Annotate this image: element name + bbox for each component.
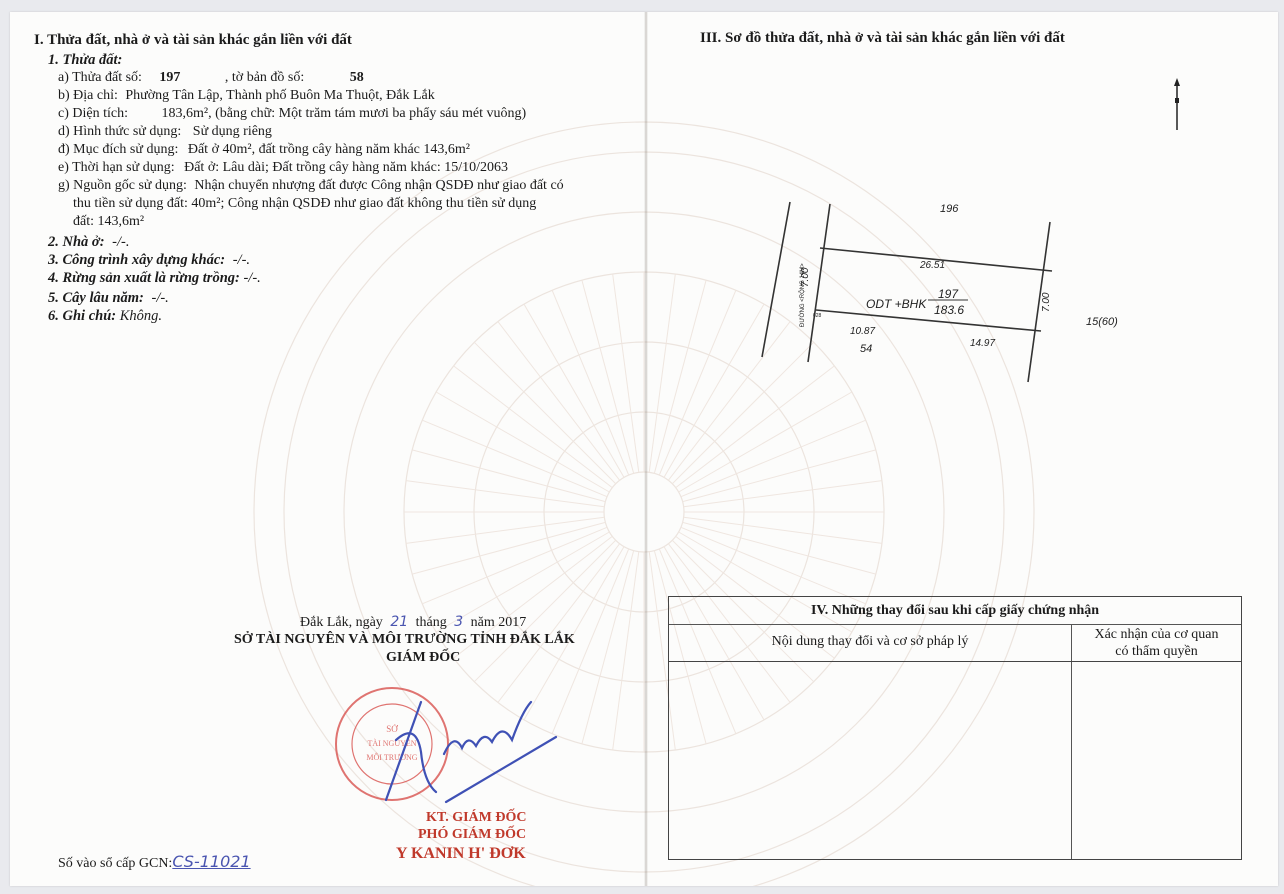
signature-ink — [386, 702, 556, 802]
item-value: -/-. — [152, 290, 169, 306]
purpose-row: đ) Mục đích sử dụng: Đất ở 40m², đất trồ… — [58, 142, 470, 158]
changes-table-header: Nội dung thay đổi và cơ sở pháp lý Xác n… — [669, 625, 1241, 662]
svg-text:15(60): 15(60) — [1086, 316, 1118, 328]
svg-text:TÀI NGUYÊN: TÀI NGUYÊN — [367, 738, 416, 748]
origin-line-1: Nhận chuyển nhượng đất được Công nhận QS… — [194, 178, 563, 193]
origin-row: g) Nguồn gốc sử dụng: Nhận chuyển nhượng… — [58, 178, 564, 194]
svg-text:ĐƯỜNG <RỘNG 14M>: ĐƯỜNG <RỘNG 14M> — [799, 263, 806, 327]
svg-text:028: 028 — [813, 313, 822, 319]
item-label: 6. Ghi chú: — [48, 308, 116, 324]
address-label: b) Địa chỉ: — [58, 88, 118, 103]
issue-date: Đắk Lắk, ngày 21 tháng 3 năm 2017 — [300, 614, 526, 631]
col2-line-1: Xác nhận của cơ quan — [1072, 626, 1241, 643]
land-heading: 1. Thửa đất: — [48, 52, 122, 69]
item-label: 5. Cây lâu năm: — [48, 290, 144, 306]
address-row: b) Địa chỉ: Phường Tân Lập, Thành phố Bu… — [58, 88, 435, 104]
date-month: 3 — [454, 614, 463, 630]
change-content-cell — [669, 662, 1072, 859]
registry-value: CS-11021 — [172, 852, 250, 871]
section-1-title: I. Thửa đất, nhà ở và tài sản khác gắn l… — [34, 32, 352, 49]
item-label: 4. Rừng sản xuất là rừng trồng: — [48, 270, 240, 286]
origin-line-3: đất: 143,6m² — [73, 214, 144, 230]
road-edge-right — [808, 204, 830, 362]
col-authority-confirmation: Xác nhận của cơ quan có thẩm quyền — [1072, 625, 1241, 661]
north-arrow-icon — [1170, 78, 1184, 134]
area-value: 183,6m², (bằng chữ: Một trăm tám mươi ba… — [162, 106, 527, 121]
svg-text:10.87: 10.87 — [850, 326, 875, 337]
col-change-content: Nội dung thay đổi và cơ sở pháp lý — [669, 625, 1072, 661]
item-value: -/-. — [243, 270, 260, 286]
parcel-diagram: 196 15(60) 54 26.51 ODT +BHK 197 183.6 1… — [750, 182, 1130, 412]
origin-line-2: thu tiền sử dụng đất: 40m²; Công nhận QS… — [73, 196, 536, 212]
parcel-no: 197 — [159, 70, 221, 86]
page-fold — [644, 12, 648, 886]
item-house: 2. Nhà ở: -/-. — [48, 234, 129, 251]
use-form-value: Sử dụng riêng — [193, 124, 272, 139]
svg-text:SỞ: SỞ — [386, 724, 398, 734]
col2-line-2: có thẩm quyền — [1072, 643, 1241, 660]
item-value: -/-. — [112, 234, 129, 250]
purpose-label: đ) Mục đích sử dụng: — [58, 142, 178, 157]
item-label: 2. Nhà ở: — [48, 234, 105, 250]
address-value: Phường Tân Lập, Thành phố Buôn Ma Thuột,… — [125, 88, 434, 103]
item-value: Không. — [120, 308, 162, 324]
registry-label: Số vào sổ cấp GCN: — [58, 856, 172, 871]
official-stamp-and-signature: SỞ TÀI NGUYÊN MÔI TRƯỜNG — [326, 682, 586, 812]
svg-text:14.97: 14.97 — [970, 338, 995, 349]
map-sheet-no: 58 — [350, 70, 364, 85]
use-form-label: d) Hình thức sử dụng: — [58, 124, 181, 139]
term-label: e) Thời hạn sử dụng: — [58, 160, 175, 175]
svg-text:54: 54 — [860, 343, 872, 355]
item-notes: 6. Ghi chú: Không. — [48, 308, 162, 325]
director-title: GIÁM ĐỐC — [386, 650, 460, 666]
deputy-title: PHÓ GIÁM ĐỐC — [418, 827, 526, 843]
origin-label: g) Nguồn gốc sử dụng: — [58, 178, 187, 193]
area-label: c) Diện tích: — [58, 106, 158, 122]
issuing-agency: SỞ TÀI NGUYÊN VÀ MÔI TRƯỜNG TỈNH ĐẮK LẮK — [234, 632, 575, 648]
svg-text:ODT +BHK: ODT +BHK — [866, 297, 927, 311]
item-other-construction: 3. Công trình xây dựng khác: -/-. — [48, 252, 250, 269]
area-row: c) Diện tích: 183,6m², (bằng chữ: Một tr… — [58, 106, 526, 122]
purpose-value: Đất ở 40m², đất trồng cây hàng năm khác … — [188, 142, 470, 157]
date-prefix: Đắk Lắk, ngày — [300, 615, 383, 630]
use-form-row: d) Hình thức sử dụng: Sử dụng riêng — [58, 124, 272, 140]
item-label: 3. Công trình xây dựng khác: — [48, 252, 225, 268]
date-year: năm 2017 — [471, 615, 527, 630]
on-behalf-title: KT. GIÁM ĐỐC — [426, 810, 526, 826]
item-production-forest: 4. Rừng sản xuất là rừng trồng: -/-. — [48, 270, 261, 287]
parcel-row: a) Thửa đất số: 197 , tờ bản đồ số: 58 — [58, 70, 364, 86]
term-row: e) Thời hạn sử dụng: Đất ở: Lâu dài; Đất… — [58, 160, 508, 176]
parcel-label: a) Thửa đất số: — [58, 70, 142, 85]
month-label: tháng — [416, 615, 447, 630]
signer-name: Y KANIN H' ĐƠK — [396, 845, 526, 863]
item-value: -/-. — [233, 252, 250, 268]
svg-text:197: 197 — [938, 287, 959, 301]
section-3-title: III. Sơ đồ thửa đất, nhà ở và tài sản kh… — [700, 30, 1065, 47]
road-edge-left — [762, 202, 790, 357]
map-sheet-label: , tờ bản đồ số: — [225, 70, 304, 85]
svg-text:26.51: 26.51 — [919, 260, 945, 271]
changes-table-body — [669, 662, 1241, 859]
certificate-sheet: I. Thửa đất, nhà ở và tài sản khác gắn l… — [10, 12, 1278, 886]
term-value: Đất ở: Lâu dài; Đất trồng cây hàng năm k… — [184, 160, 508, 175]
date-day: 21 — [390, 614, 408, 630]
svg-text:196: 196 — [940, 203, 959, 215]
svg-text:7.00: 7.00 — [1041, 292, 1052, 312]
svg-text:183.6: 183.6 — [934, 303, 964, 317]
authority-cell — [1072, 662, 1241, 859]
changes-table-title: IV. Những thay đổi sau khi cấp giấy chứn… — [669, 597, 1241, 625]
registry-number: Số vào sổ cấp GCN:CS-11021 — [58, 852, 251, 872]
item-perennial-trees: 5. Cây lâu năm: -/-. — [48, 290, 169, 307]
svg-text:MÔI TRƯỜNG: MÔI TRƯỜNG — [366, 752, 417, 762]
changes-table: IV. Những thay đổi sau khi cấp giấy chứn… — [668, 596, 1242, 860]
